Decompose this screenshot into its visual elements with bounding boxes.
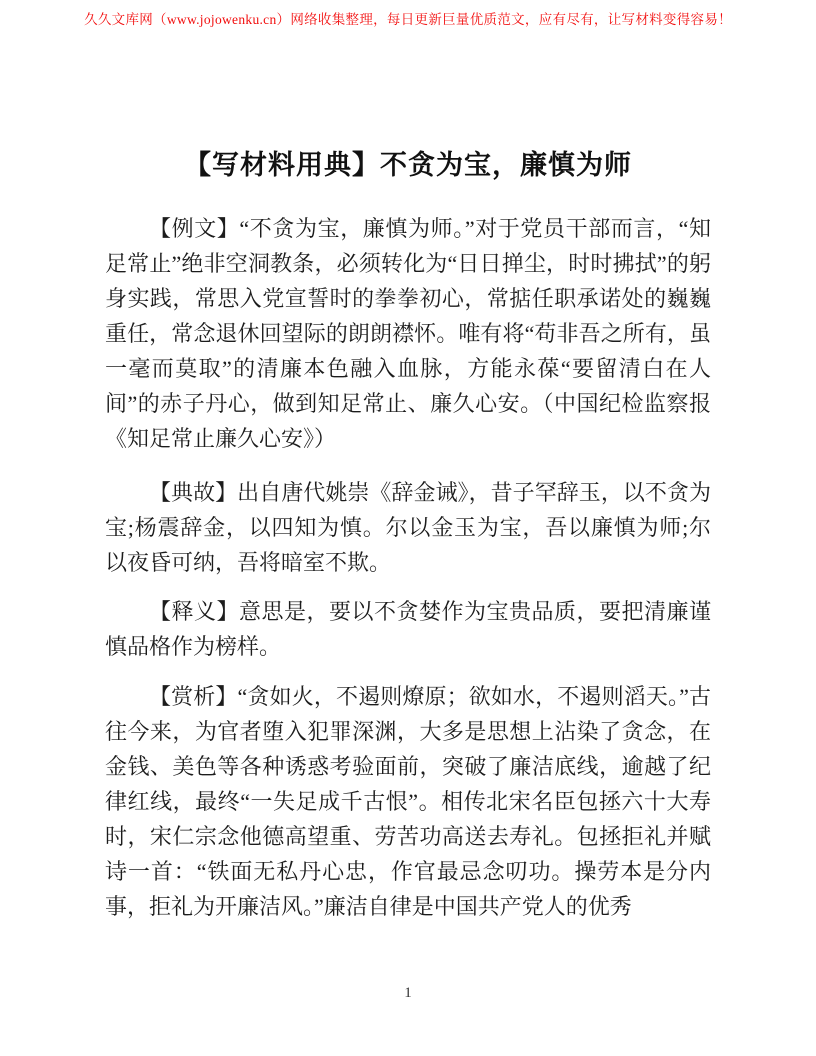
site-notice-banner: 久久文库网（www.jojowenku.cn）网络收集整理，每日更新巨量优质范文… (0, 8, 816, 28)
paragraph-appreciation: 【赏析】“贪如火，不遏则燎原；欲如水，不遏则滔天。”古往今来，为官者堕入犯罪深渊… (105, 679, 711, 924)
page-number: 1 (0, 985, 816, 1002)
paragraph-example: 【例文】“不贪为宝，廉慎为师。”对于党员干部而言，“知足常止”绝非空洞教条，必须… (105, 211, 711, 456)
document-page: 久久文库网（www.jojowenku.cn）网络收集整理，每日更新巨量优质范文… (0, 0, 816, 1056)
page-title: 【写材料用典】不贪为宝，廉慎为师 (0, 143, 816, 182)
paragraph-interpretation: 【释义】意思是，要以不贪婪作为宝贵品质，要把清廉谨慎品格作为榜样。 (105, 594, 711, 664)
paragraph-allusion: 【典故】出自唐代姚崇《辞金诫》，昔子罕辞玉，以不贪为宝;杨震辞金，以四知为慎。尔… (105, 475, 711, 580)
